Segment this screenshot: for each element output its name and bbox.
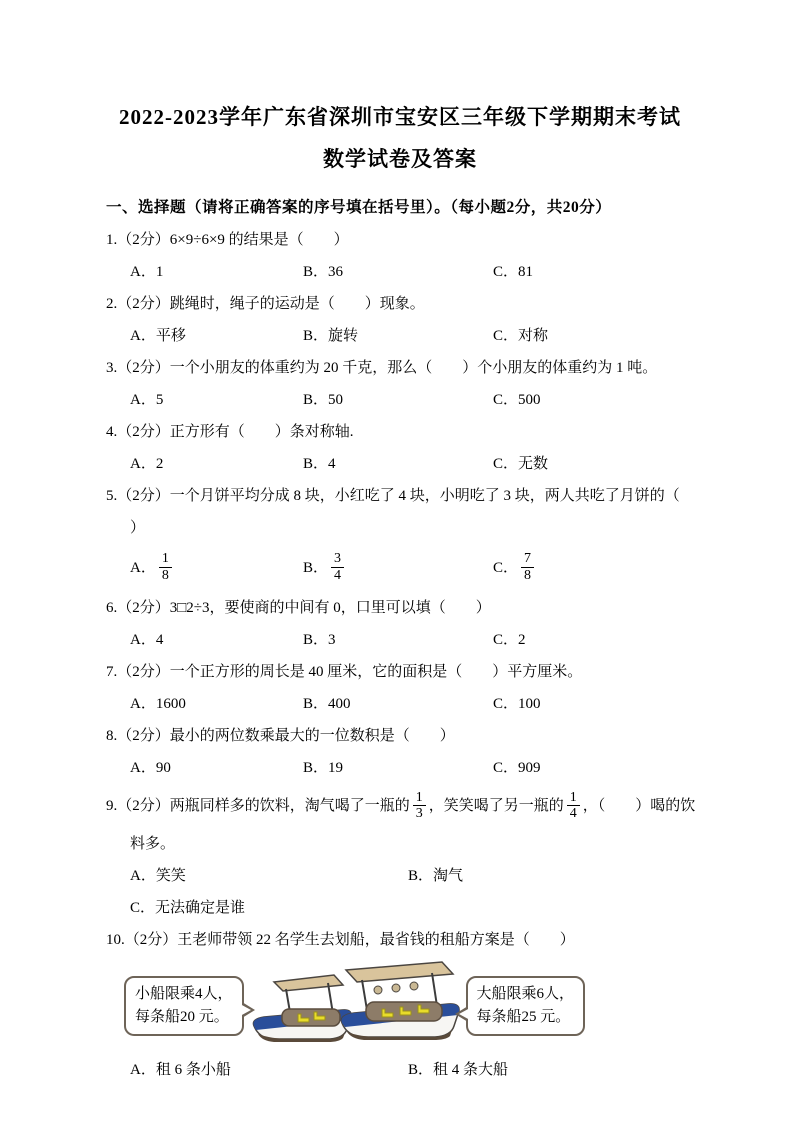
option-c: C． 78 [493,552,694,584]
question-8-stem: 8.（2分）最小的两位数乘最大的一位数积是（ ） [106,720,694,752]
exam-paper-page: 2022-2023学年广东省深圳市宝安区三年级下学期期末考试 数学试卷及答案 一… [0,0,794,1123]
option-c-label: C． [493,552,518,584]
question-4: 4.（2分）正方形有（ ）条对称轴. A．2 B．4 C．无数 [106,416,694,480]
option-a: A．4 [130,624,303,656]
question-3-stem: 3.（2分）一个小朋友的体重约为 20 千克，那么（ ）个小朋友的体重约为 1 … [106,352,694,384]
question-6-stem: 6.（2分）3□2÷3，要使商的中间有 0，口里可以填（ ） [106,592,694,624]
small-boat [253,975,351,1042]
option-c: C．2 [493,624,694,656]
page-title-line2: 数学试卷及答案 [106,138,694,180]
option-b: B．36 [303,256,493,288]
fraction-one-quarter: 14 [567,790,580,822]
question-9-options-row2: C．无法确定是谁 [106,892,694,924]
option-c: C．100 [493,688,694,720]
question-4-stem: 4.（2分）正方形有（ ）条对称轴. [106,416,694,448]
option-a: A． 18 [130,552,303,584]
question-2: 2.（2分）跳绳时，绳子的运动是（ ）现象。 A．平移 B．旋转 C．对称 [106,288,694,352]
option-a: A．平移 [130,320,303,352]
question-3-options: A．5 B．50 C．500 [106,384,694,416]
question-5-stem-continuation: ） [106,512,694,544]
question-3: 3.（2分）一个小朋友的体重约为 20 千克，那么（ ）个小朋友的体重约为 1 … [106,352,694,416]
boats-illustration [246,960,464,1052]
option-c: C．对称 [493,320,694,352]
small-boat-bubble-line2: 每条船20 元。 [135,1009,229,1025]
option-b: B．租 4 条大船 [408,1054,694,1086]
question-6-options: A．4 B．3 C．2 [106,624,694,656]
question-9: 9.（2分）两瓶同样多的饮料，淘气喝了一瓶的13，笑笑喝了另一瓶的14，（ ）喝… [106,784,694,924]
question-8: 8.（2分）最小的两位数乘最大的一位数积是（ ） A．90 B．19 C．909 [106,720,694,784]
option-c: C．无数 [493,448,694,480]
question-9-text-3: ，（ ）喝的饮 [583,798,696,814]
small-boat-speech-bubble: 小船限乘4人， 每条船20 元。 [124,976,244,1036]
option-b: B．淘气 [408,860,694,892]
large-boat-speech-bubble: 大船限乘6人， 每条船25 元。 [466,976,586,1036]
question-1: 1.（2分）6×9÷6×9 的结果是（ ） A．1 B．36 C．81 [106,224,694,288]
option-b: B．50 [303,384,493,416]
question-9-stem-continuation: 料多。 [106,828,694,860]
option-a: A．5 [130,384,303,416]
large-boat-bubble-line1: 大船限乘6人， [477,986,575,1002]
question-5-options: A． 18 B． 34 C． 78 [106,544,694,592]
question-2-options: A．平移 B．旋转 C．对称 [106,320,694,352]
section-heading: 一、选择题（请将正确答案的序号填在括号里）。（每小题2分，共20分） [106,192,694,224]
question-10-stem: 10.（2分）王老师带领 22 名学生去划船，最省钱的租船方案是（ ） [106,924,694,956]
option-a: A．2 [130,448,303,480]
option-b: B．400 [303,688,493,720]
option-a: A．笑笑 [130,860,408,892]
option-b: B．旋转 [303,320,493,352]
large-boat-bubble-line2: 每条船25 元。 [477,1009,571,1025]
question-7: 7.（2分）一个正方形的周长是 40 厘米，它的面积是（ ）平方厘米。 A．16… [106,656,694,720]
question-4-options: A．2 B．4 C．无数 [106,448,694,480]
fraction-one-third: 13 [413,790,426,822]
boat-rental-figure: 小船限乘4人， 每条船20 元。 [124,960,694,1052]
question-9-text-2: ，笑笑喝了另一瓶的 [429,798,564,814]
fraction-one-eighth: 18 [159,551,172,583]
question-7-options: A．1600 B．400 C．100 [106,688,694,720]
question-10-options: A．租 6 条小船 B．租 4 条大船 [106,1054,694,1086]
option-c: C．无法确定是谁 [130,892,408,924]
question-10: 10.（2分）王老师带领 22 名学生去划船，最省钱的租船方案是（ ） 小船限乘… [106,924,694,1086]
question-6: 6.（2分）3□2÷3，要使商的中间有 0，口里可以填（ ） A．4 B．3 C… [106,592,694,656]
small-boat-bubble-line1: 小船限乘4人， [135,986,233,1002]
fraction-seven-eighths: 78 [521,551,534,583]
question-9-text-1: 9.（2分）两瓶同样多的饮料，淘气喝了一瓶的 [106,798,410,814]
option-b: B．4 [303,448,493,480]
page-title-line1: 2022-2023学年广东省深圳市宝安区三年级下学期期末考试 [106,96,694,138]
question-2-stem: 2.（2分）跳绳时，绳子的运动是（ ）现象。 [106,288,694,320]
option-b: B．19 [303,752,493,784]
option-b-label: B． [303,552,328,584]
option-a: A．租 6 条小船 [130,1054,408,1086]
option-c: C．909 [493,752,694,784]
question-1-options: A．1 B．36 C．81 [106,256,694,288]
question-9-stem: 9.（2分）两瓶同样多的饮料，淘气喝了一瓶的13，笑笑喝了另一瓶的14，（ ）喝… [106,784,694,828]
question-8-options: A．90 B．19 C．909 [106,752,694,784]
option-b: B．3 [303,624,493,656]
question-5-stem: 5.（2分）一个月饼平均分成 8 块，小红吃了 4 块，小明吃了 3 块，两人共… [106,480,694,512]
large-boat [341,962,459,1040]
option-a-label: A． [130,552,156,584]
option-c: C．81 [493,256,694,288]
fraction-three-quarters: 34 [331,551,344,583]
option-a: A．1600 [130,688,303,720]
question-5: 5.（2分）一个月饼平均分成 8 块，小红吃了 4 块，小明吃了 3 块，两人共… [106,480,694,592]
option-a: A．1 [130,256,303,288]
option-c: C．500 [493,384,694,416]
question-7-stem: 7.（2分）一个正方形的周长是 40 厘米，它的面积是（ ）平方厘米。 [106,656,694,688]
option-b: B． 34 [303,552,493,584]
question-1-stem: 1.（2分）6×9÷6×9 的结果是（ ） [106,224,694,256]
option-a: A．90 [130,752,303,784]
question-9-options-row1: A．笑笑 B．淘气 [106,860,694,892]
